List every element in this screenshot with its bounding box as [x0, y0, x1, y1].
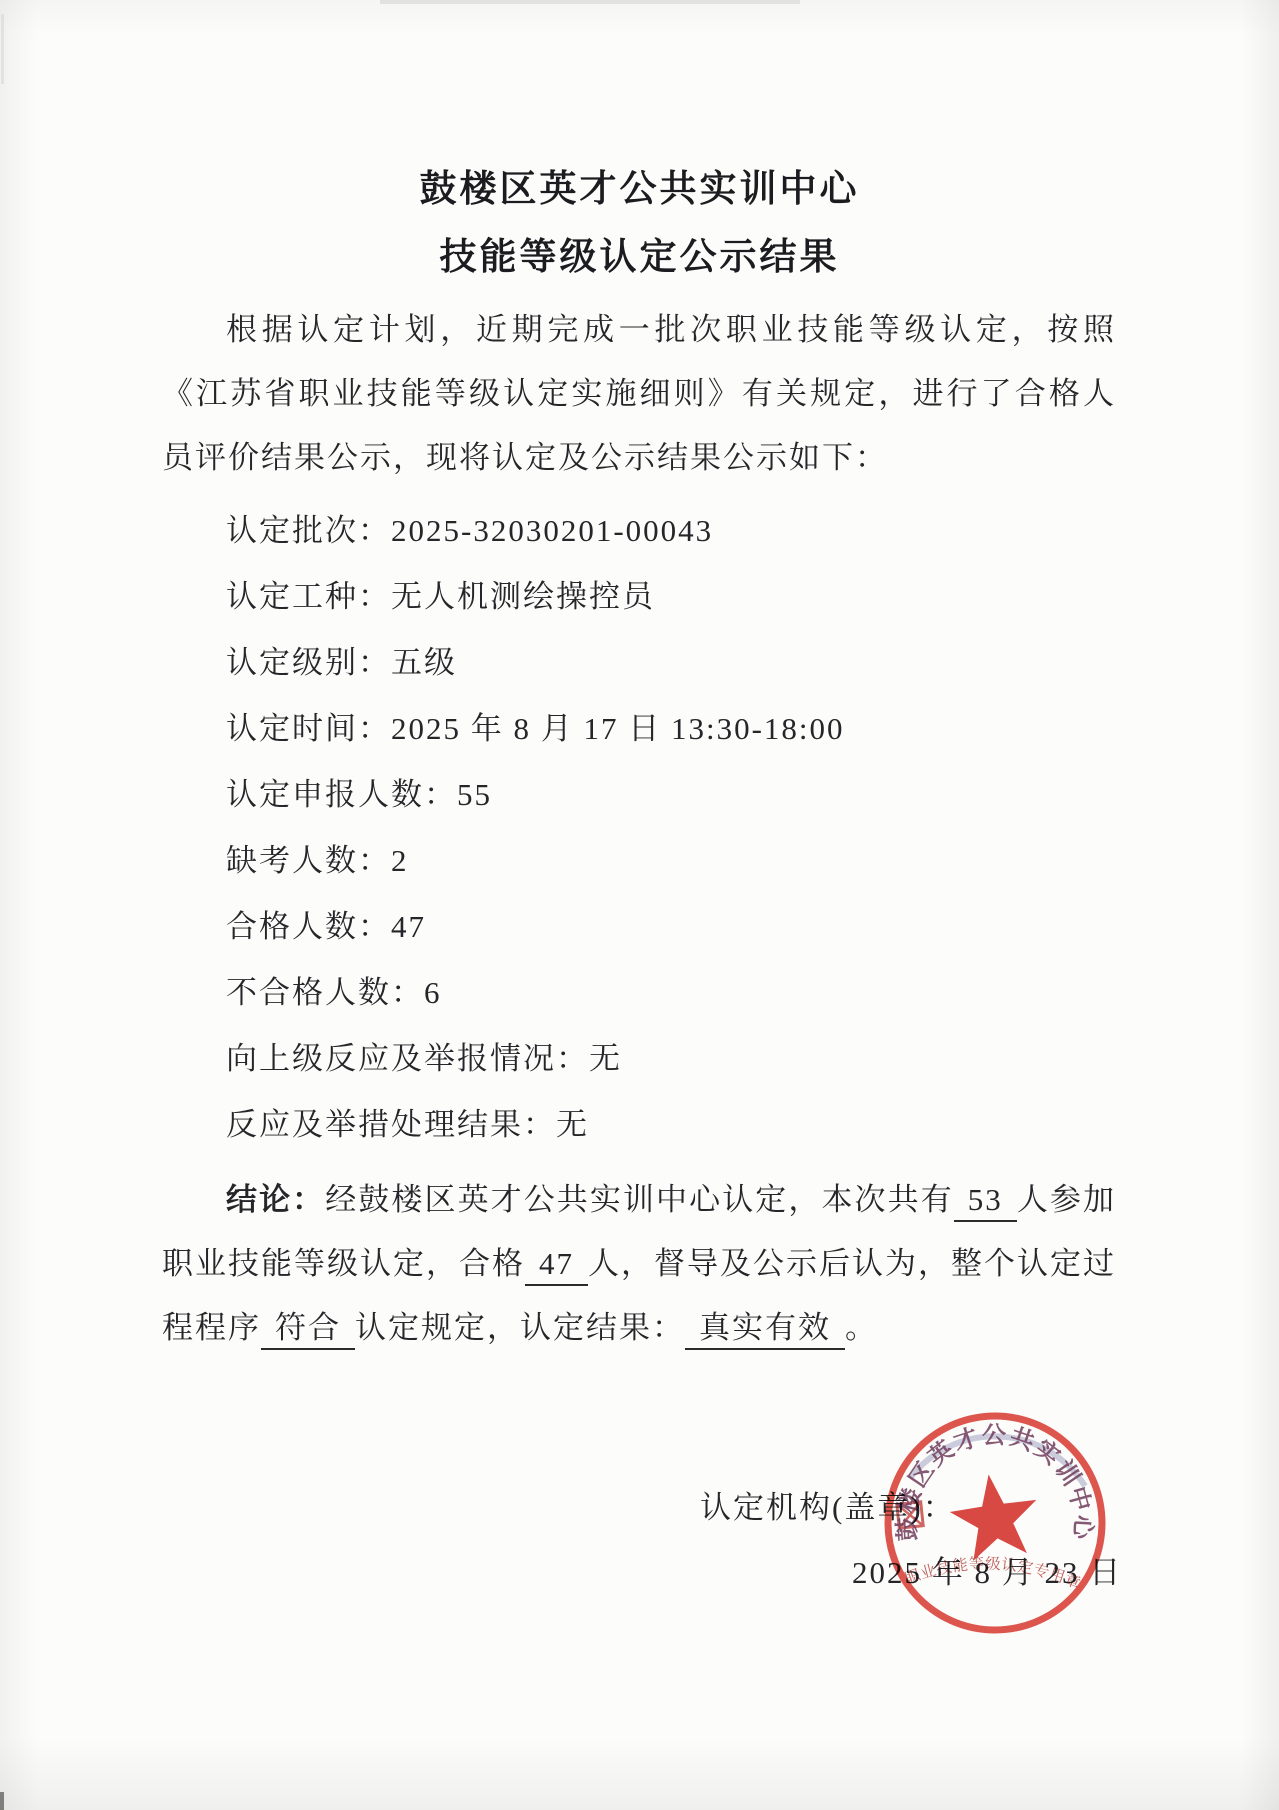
conclusion-blank-participants: 53 — [954, 1180, 1017, 1222]
field-line: 反应及举措处理结果：无 — [226, 1092, 1159, 1158]
field-line: 认定批次：2025-32030201-00043 — [226, 498, 1159, 564]
field-line: 认定工种：无人机测绘操控员 — [226, 564, 1159, 630]
intro-paragraph: 根据认定计划，近期完成一批次职业技能等级认定，按照《江苏省职业技能等级认定实施细… — [162, 298, 1116, 490]
scan-artifact — [0, 1792, 4, 1810]
field-line: 向上级反应及举报情况：无 — [226, 1026, 1159, 1092]
field-line: 认定时间：2025 年 8 月 17 日 13:30-18:00 — [226, 696, 1159, 762]
seal-star-icon — [945, 1468, 1043, 1563]
field-list: 认定批次：2025-32030201-00043认定工种：无人机测绘操控员认定级… — [226, 498, 1159, 1158]
conclusion-paragraph: 结论：经鼓楼区英才公共实训中心认定，本次共有53人参加职业技能等级认定，合格47… — [162, 1168, 1116, 1360]
conclusion-part5: 。 — [845, 1310, 878, 1345]
conclusion-blank-compliance: 符合 — [261, 1308, 355, 1350]
conclusion-lead: 结论： — [226, 1182, 325, 1217]
seal-bottom-text: 职业技能等级认定专用章 — [900, 1545, 1085, 1606]
scanned-document-page: 鼓楼区英才公共实训中心 技能等级认定公示结果 根据认定计划，近期完成一批次职业技… — [0, 0, 1279, 1810]
conclusion-part4: 认定规定，认定结果： — [355, 1310, 685, 1345]
field-line: 认定级别：五级 — [226, 630, 1159, 696]
document-title-line1: 鼓楼区英才公共实训中心 — [0, 168, 1279, 212]
field-line: 不合格人数：6 — [226, 960, 1159, 1026]
scan-artifact — [1, 14, 4, 84]
conclusion-part1: 经鼓楼区英才公共实训中心认定，本次共有 — [325, 1182, 954, 1217]
field-line: 合格人数：47 — [226, 894, 1159, 960]
field-line: 缺考人数：2 — [226, 828, 1159, 894]
conclusion-blank-passed: 47 — [525, 1244, 588, 1286]
field-line: 认定申报人数：55 — [226, 762, 1159, 828]
official-red-seal: 鼓楼区英才公共实训中心 职业技能等级认定专用章 — [880, 1408, 1110, 1638]
conclusion-blank-result: 真实有效 — [685, 1308, 845, 1350]
scan-artifact — [380, 0, 800, 4]
document-title-line2: 技能等级认定公示结果 — [0, 236, 1279, 280]
